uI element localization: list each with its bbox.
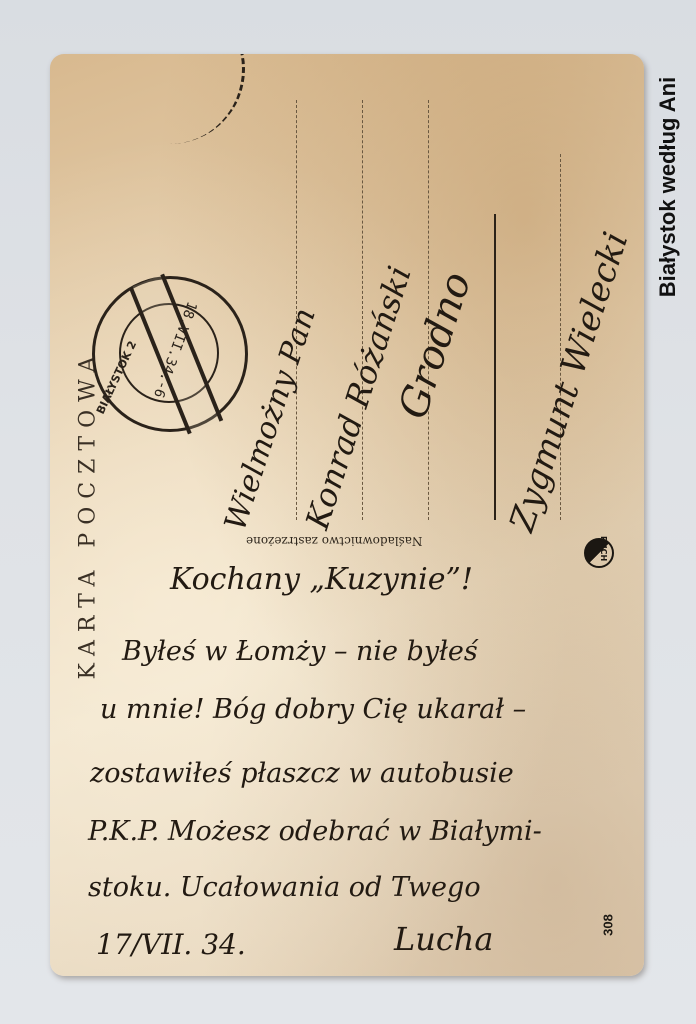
message-date: 17/VII. 34. [96, 928, 246, 961]
postmark: 18.VII.34.-6 BIAŁYSTOK 2 [92, 276, 248, 432]
publisher-number: 308 [598, 900, 618, 950]
message-line: P.K.P. Możesz odebrać w Białymi- [88, 816, 542, 847]
publisher-logo: RUCH [580, 534, 620, 574]
message-line: Byłeś w Łomży – nie byłeś [122, 636, 478, 667]
postcard-header-text: KARTA POCZTOWA [76, 348, 101, 679]
address-street: Zygmunt Wielecki [502, 227, 636, 536]
postcard: KARTA POCZTOWA 18.VII.34.-6 BIAŁYSTOK 2 … [50, 54, 644, 976]
message-greeting: Kochany „Kuzynie”! [170, 562, 473, 597]
watermark-text: Białystok według Ani [655, 77, 681, 297]
address-divider [494, 214, 496, 520]
message-signature: Lucha [394, 920, 493, 958]
publisher-logo-text: RUCH [599, 536, 608, 561]
address-line-2 [362, 100, 363, 520]
message-line: u mnie! Bóg dobry Cię ukarał – [100, 694, 526, 725]
message-line: zostawiłeś płaszcz w autobusie [90, 758, 514, 789]
message-line: stoku. Ucałowania od Twego [88, 872, 481, 903]
publisher-number-text: 308 [601, 914, 616, 936]
rights-notice: Naśladownictwo zastrzeżone [246, 534, 422, 548]
partial-postmark [168, 54, 245, 144]
watermark-caption: Białystok według Ani [640, 22, 696, 352]
